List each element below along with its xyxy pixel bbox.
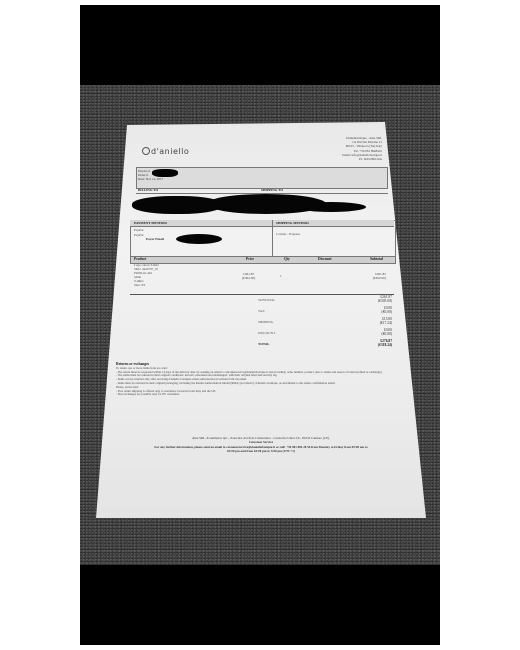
totals-label: TOTAL bbox=[258, 342, 270, 346]
subtotal-eur: (€302.00) bbox=[373, 276, 386, 280]
header-price: Price bbox=[246, 257, 254, 261]
totals-label: DISCOUNT bbox=[258, 331, 275, 335]
returns-policy: Returns or exchanges To return one or mo… bbox=[116, 363, 406, 397]
product-price: £261.87 (€302.00) bbox=[242, 272, 255, 280]
shipping-to-label: SHIPPING TO bbox=[261, 188, 283, 192]
value-eur: (€318.24) bbox=[378, 343, 392, 347]
company-address: Daniellobotique - Alna SRL via Dal Nai M… bbox=[342, 136, 382, 161]
company-line: P.I. 6001286120A bbox=[342, 157, 382, 161]
header-qty: Qty bbox=[284, 257, 290, 261]
value-eur: (€305.00) bbox=[378, 299, 392, 303]
redaction-mark bbox=[296, 202, 366, 212]
photo-frame: d'aniello Daniellobotique - Alna SRL via… bbox=[80, 5, 440, 645]
totals-value: £0.00(€0.00) bbox=[382, 328, 392, 336]
billing-to-label: BILLING TO bbox=[138, 188, 158, 192]
payment-method-label: PAYMENT METHOD bbox=[134, 221, 167, 225]
returns-line: - Size exchanges are possible only for E… bbox=[116, 393, 406, 397]
payment-line: PayPal bbox=[134, 233, 143, 238]
header-discount: Discount bbox=[318, 257, 332, 261]
product-qty: 1 bbox=[280, 274, 282, 278]
price-eur: (€302.00) bbox=[242, 276, 255, 280]
footer-hours: 02:00 pm and from 03:00 pm to 5:00 pm (U… bbox=[106, 449, 416, 453]
payer-email-label: Payer Email bbox=[146, 237, 164, 241]
order-date: Date: Nov 14, 2017 bbox=[138, 177, 163, 181]
totals-row-total: TOTAL£276.87(€318.24) bbox=[246, 339, 394, 350]
totals-row-tax: TAX£0.00(€0.00) bbox=[246, 306, 394, 317]
payment-header-band bbox=[130, 220, 394, 227]
totals-block: SUBTOTAL£261.87(€305.00)TAX£0.00(€0.00)S… bbox=[246, 295, 394, 350]
shipping-method-label: SHIPPING METHOD bbox=[276, 221, 309, 225]
totals-row-discount: DISCOUNT£0.00(€0.00) bbox=[246, 328, 394, 339]
redaction-mark bbox=[152, 169, 178, 177]
totals-label: SUBTOTAL bbox=[258, 298, 275, 302]
company-line: 80013 - Villanova (Na) Italy bbox=[342, 144, 382, 148]
totals-label: TAX bbox=[258, 309, 265, 313]
value-eur: (€0.00) bbox=[382, 310, 392, 314]
product-size: Size: XS bbox=[134, 284, 159, 288]
brand-logo: d'aniello bbox=[142, 147, 189, 155]
value-eur: (€0.00) bbox=[382, 332, 392, 336]
header-product: Product bbox=[134, 257, 146, 261]
invoice-footer: Alna SRL -Ecommerce dpt. - Zona Ind. Asi… bbox=[106, 436, 416, 454]
payment-lines: PayPal PayPal bbox=[134, 228, 143, 237]
value-eur: (€17.24) bbox=[380, 321, 392, 325]
product-subtotal: £261.87 (€302.00) bbox=[373, 272, 386, 280]
header-subtotal: Subtotal bbox=[370, 257, 383, 261]
payment-line: PayPal bbox=[134, 228, 143, 233]
redaction-mark bbox=[176, 234, 222, 244]
totals-row-shipping: SHIPPING£15.00(€17.24) bbox=[246, 317, 394, 328]
product-table-header bbox=[130, 256, 396, 264]
totals-row-subtotal: SUBTOTAL£261.87(€305.00) bbox=[246, 295, 394, 306]
totals-value: £15.00(€17.24) bbox=[380, 317, 392, 325]
totals-value: £0.00(€0.00) bbox=[382, 306, 392, 314]
logo-mark-icon bbox=[142, 147, 150, 155]
totals-label: SHIPPING bbox=[258, 320, 273, 324]
invoice-paper: d'aniello Daniellobotique - Alna SRL via… bbox=[96, 122, 426, 518]
totals-value: £276.87(€318.24) bbox=[378, 339, 392, 347]
column-divider bbox=[272, 220, 273, 256]
product-description: Logo cotton T-shirt SKU: 4442707_10 P200… bbox=[134, 264, 159, 287]
totals-value: £261.87(€305.00) bbox=[378, 295, 392, 303]
brand-name: d'aniello bbox=[151, 147, 189, 156]
shipping-method-value: Courier - Express bbox=[276, 232, 300, 236]
